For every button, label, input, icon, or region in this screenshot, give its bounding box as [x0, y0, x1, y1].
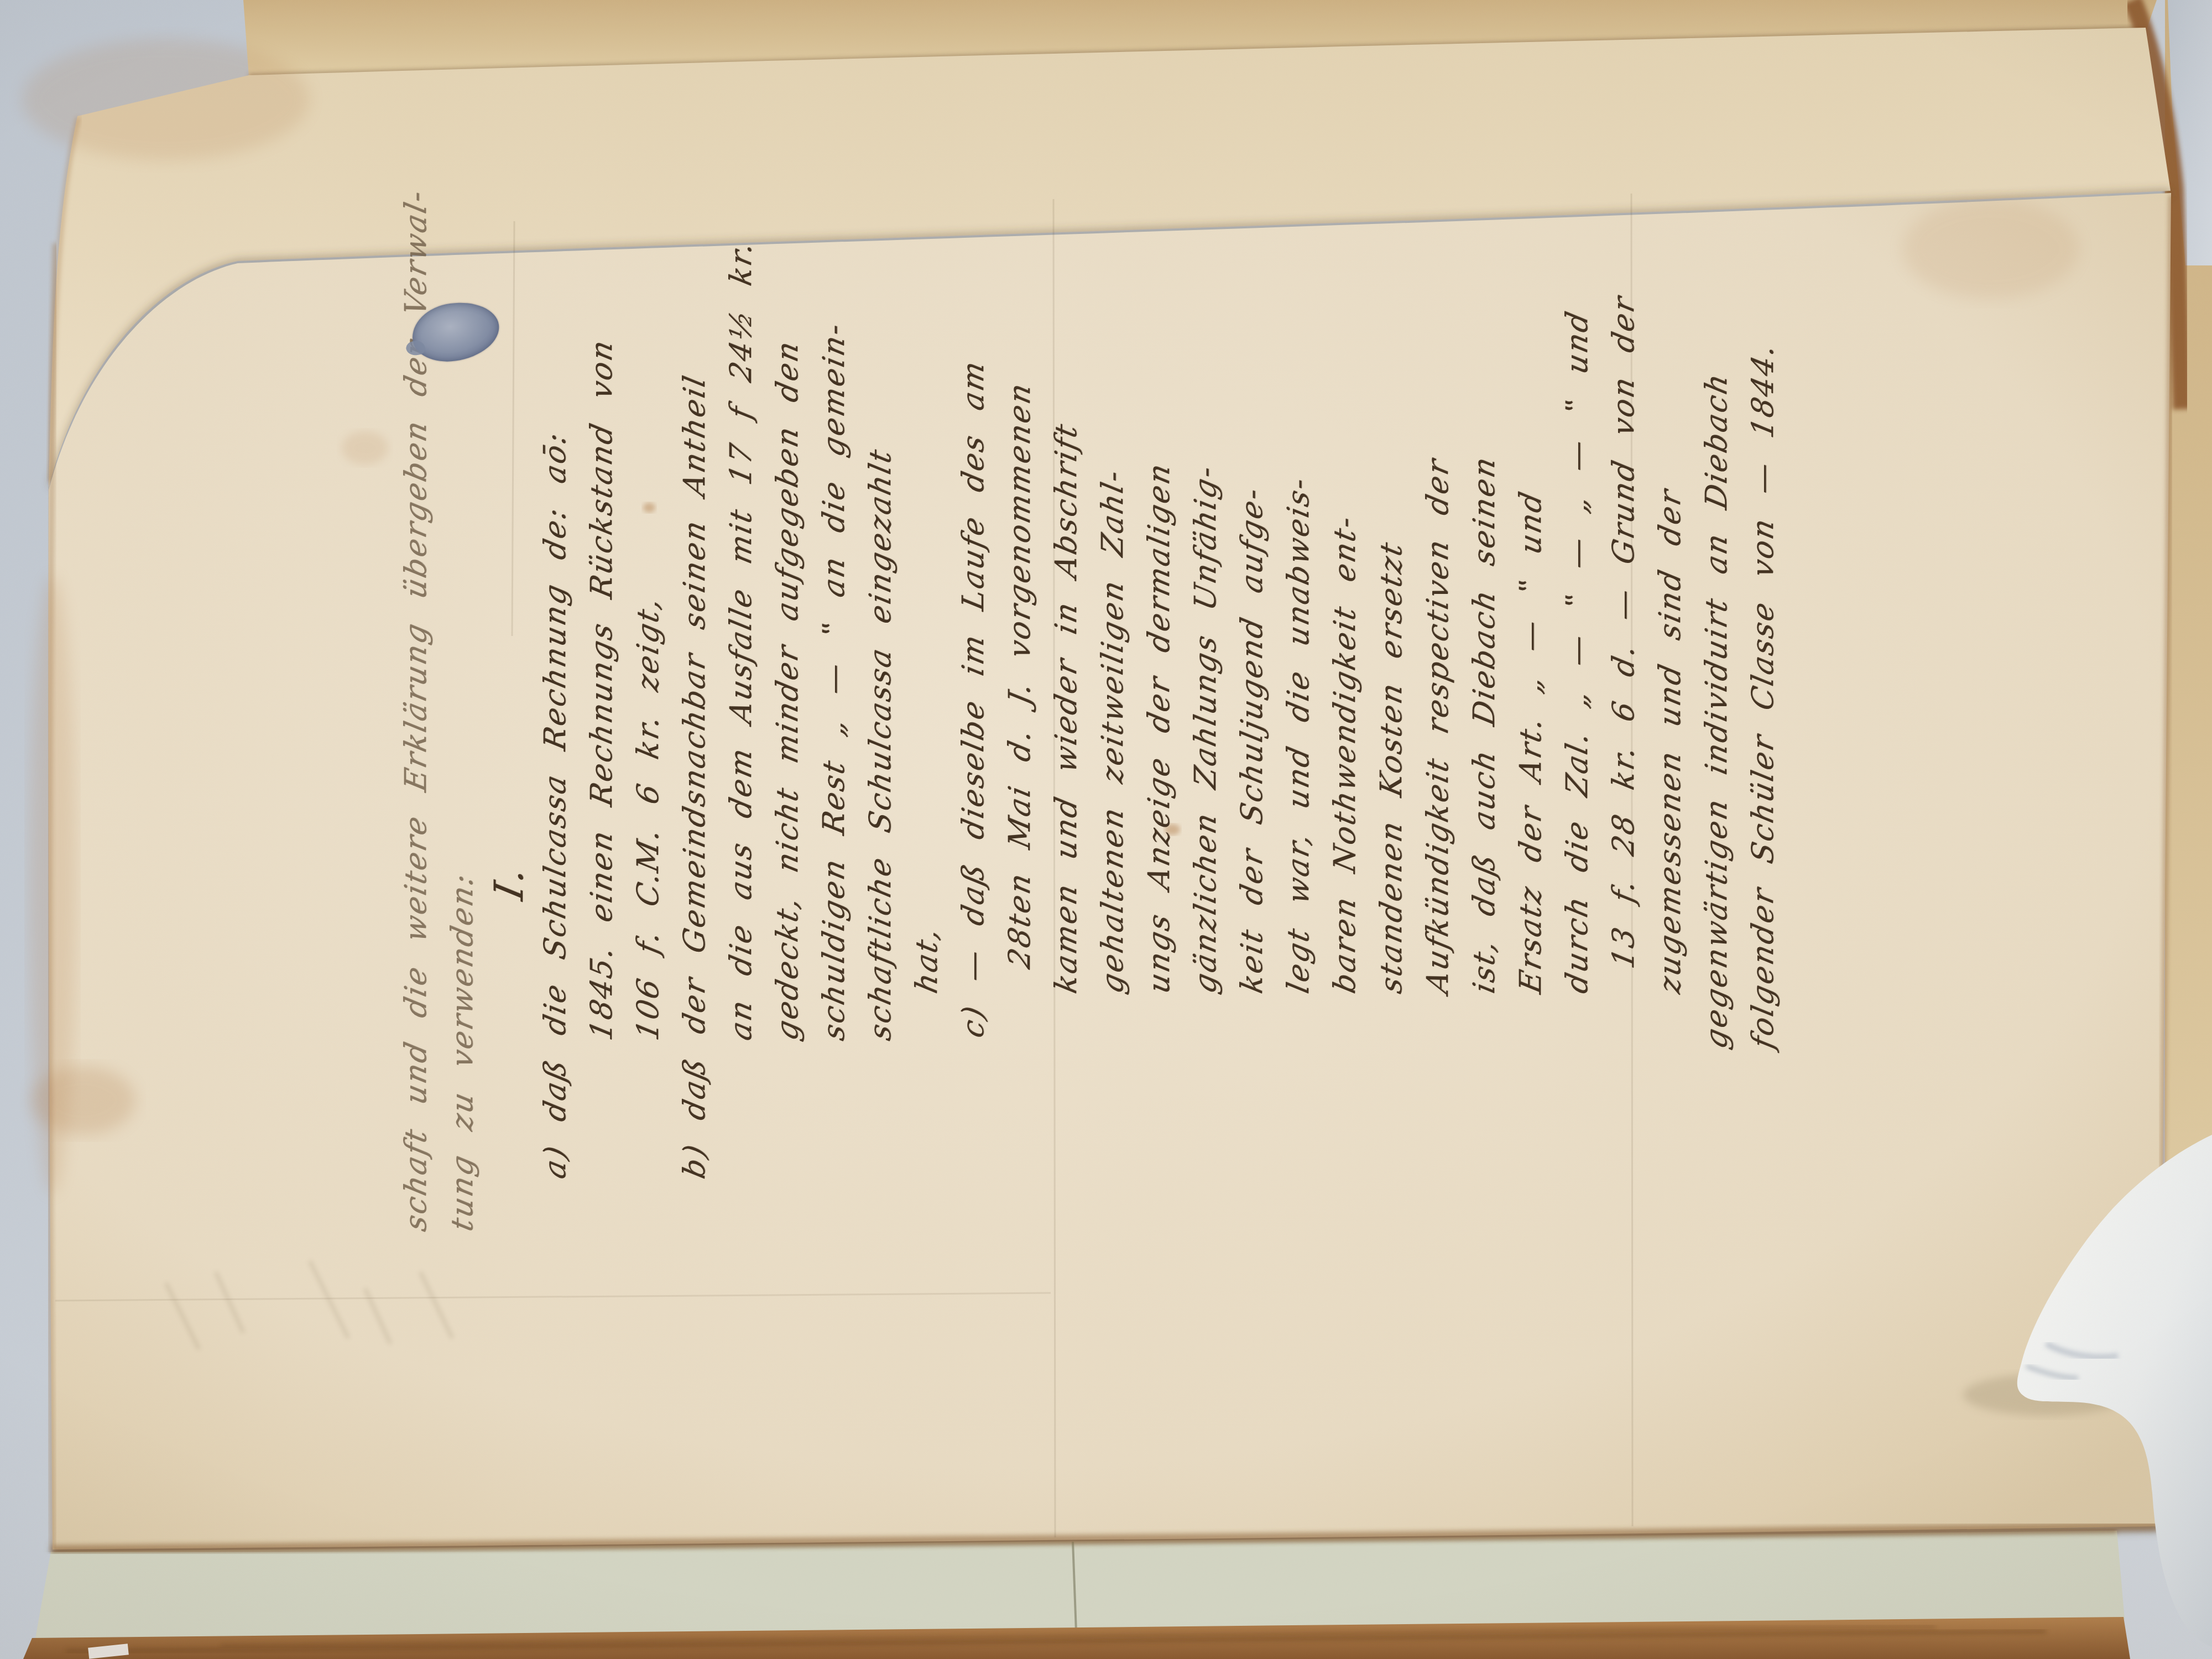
- manuscript-line: baren Nothwendigkeit ent-: [1322, 180, 1368, 998]
- manuscript-line: 1845. einen Rechnungs Rückstand von: [578, 180, 625, 1045]
- manuscript-line: Ersatz der Art. „ — ‟ und: [1507, 180, 1554, 998]
- manuscript-line: schuldigen Rest „ — ‟ an die gemein-: [811, 180, 857, 1045]
- manuscript-line: gänzlichen Zahlungs Unfähig-: [1182, 180, 1229, 998]
- manuscript-line: c) — daß dieselbe im Laufe des am: [950, 180, 997, 1042]
- manuscript-line: durch die Zal. „ — ‟ — „ — ‟ und: [1554, 180, 1600, 998]
- manuscript-line: legt war, und die unabweis-: [1275, 180, 1322, 998]
- manuscript-line: a) daß die Schulcassa Rechnung de: aō:: [532, 180, 578, 1183]
- manuscript-line: Aufkündigkeit respectiven der: [1415, 180, 1461, 998]
- photograph-of-manuscript: schaft und die weitere Erklärung übergeb…: [0, 0, 2212, 1659]
- manuscript-line: keit der Schuljugend aufge-: [1229, 180, 1275, 998]
- manuscript-line: kamen und wieder in Abschrift: [1043, 180, 1089, 998]
- manuscript-line: zugemessenen und sind der: [1647, 180, 1693, 998]
- manuscript-line: gedeckt, nicht minder aufgegeben den: [764, 180, 811, 1045]
- manuscript-line: gegenwärtigen individuirt an Diebach: [1693, 180, 1740, 1053]
- manuscript-line: ist, daß auch Diebach seinen: [1461, 180, 1507, 998]
- manuscript-text-block: schaft und die weitere Erklärung übergeb…: [393, 190, 1786, 1235]
- manuscript-line: I.: [486, 180, 532, 904]
- manuscript-line: gehaltenen zeitweiligen Zahl-: [1089, 180, 1136, 998]
- manuscript-line: 106 f. C.M. 6 kr. zeigt,: [625, 180, 671, 1045]
- manuscript-line: an die aus dem Ausfalle mit 17 f 24½ kr.: [718, 180, 764, 1045]
- manuscript-line: standenen Kosten ersetzt: [1368, 180, 1415, 998]
- manuscript-line: ungs Anzeige der dermaligen: [1136, 180, 1182, 998]
- manuscript-line: folgender Schüler Classe von — 1844.: [1740, 180, 1786, 1053]
- manuscript-line: 28ten Mai d. J. vorgenommenen: [997, 180, 1043, 973]
- manuscript-line: schaftliche Schulcassa eingezahlt: [857, 180, 904, 1045]
- manuscript-line: b) daß der Gemeindsnachbar seinen Anthei…: [671, 180, 718, 1183]
- manuscript-line: 13 f. 28 kr. 6 d. — Grund von der: [1600, 180, 1647, 973]
- manuscript-line: hat,: [904, 180, 950, 998]
